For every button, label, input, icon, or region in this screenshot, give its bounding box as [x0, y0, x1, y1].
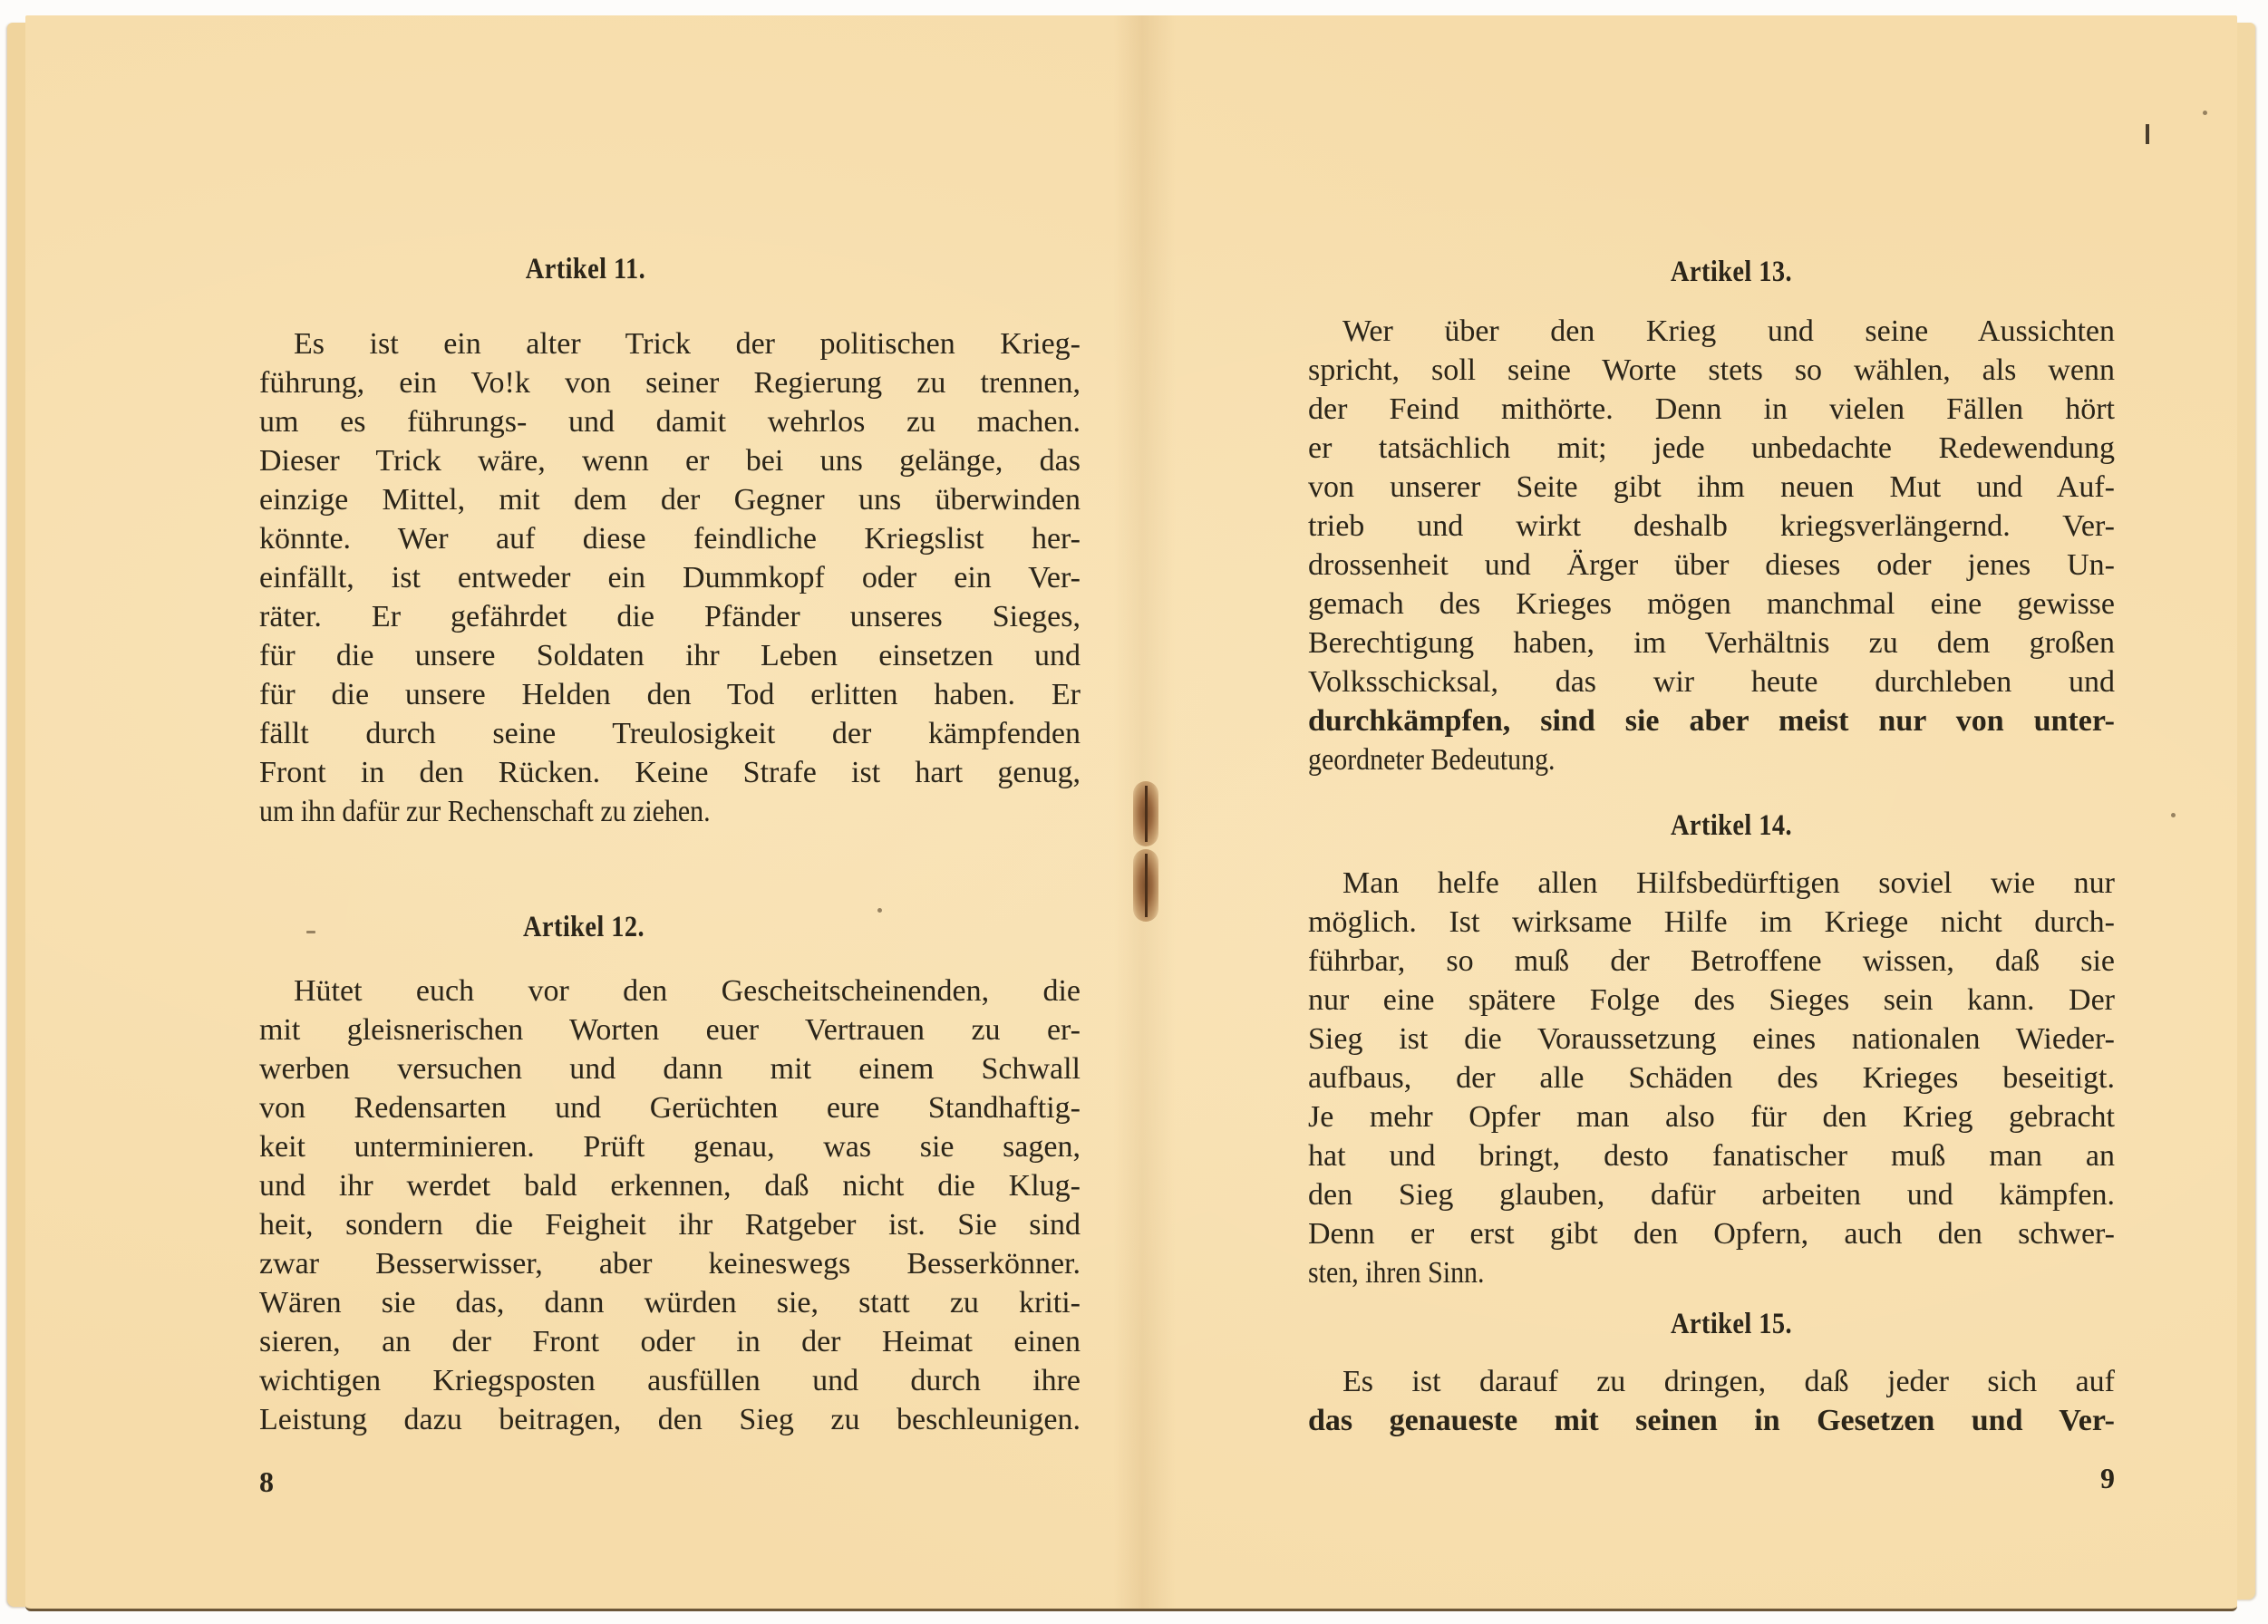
text-line: hat und bringt, desto fanatischer muß ma… — [1308, 1136, 2115, 1175]
text-line: für die unsere Helden den Tod erlitten h… — [259, 675, 1081, 714]
text-line: Sieg ist die Voraussetzung eines nationa… — [1308, 1020, 2115, 1058]
text-line: drossenheit und Ärger über dieses oder j… — [1308, 546, 2115, 585]
text-line: Leistung dazu beitragen, den Sieg zu bes… — [259, 1400, 1081, 1439]
text-line: Es ist ein alter Trick der politischen K… — [259, 324, 1081, 363]
text-line: fällt durch seine Treulosigkeit der kämp… — [259, 714, 1081, 753]
text-line: mit gleisnerischen Worten euer Vertrauen… — [259, 1010, 1081, 1049]
article-11-body: Es ist ein alter Trick der politischen K… — [259, 324, 1081, 831]
text-line: spricht, soll seine Worte stets so wähle… — [1308, 351, 2115, 390]
text-line: um ihn dafür zur Rechenschaft zu ziehen. — [259, 792, 1081, 831]
article-14-body: Man helfe allen Hilfsbedürftigen soviel … — [1308, 864, 2115, 1292]
text-line: sieren, an der Front oder in der Heimat … — [259, 1322, 1081, 1361]
text-line: einzige Mittel, mit dem der Gegner uns ü… — [259, 480, 1081, 519]
article-11-heading: Artikel 11. — [391, 253, 780, 286]
text-line: werben versuchen und dann mit einem Schw… — [259, 1049, 1081, 1088]
text-line: sten, ihren Sinn. — [1308, 1253, 2115, 1292]
text-line: gemach des Krieges mögen manchmal eine g… — [1308, 585, 2115, 623]
text-line: wichtigen Kriegsposten ausfüllen und dur… — [259, 1361, 1081, 1400]
text-line: zwar Besserwisser, aber keineswegs Besse… — [259, 1244, 1081, 1283]
article-13-body: Wer über den Krieg und seine Aussichten … — [1308, 312, 2115, 779]
text-line: Dieser Trick wäre, wenn er bei uns gelän… — [259, 441, 1081, 480]
page-number-right: 9 — [2100, 1462, 2115, 1495]
text-line: den Sieg glauben, dafür arbeiten und käm… — [1308, 1175, 2115, 1214]
text-line: durchkämpfen, sind sie aber meist nur vo… — [1308, 701, 2115, 740]
open-booklet: Artikel 11. Es ist ein alter Trick der p… — [7, 15, 2255, 1610]
ink-speck — [2171, 813, 2176, 817]
text-line: von Redensarten und Gerüchten eure Stand… — [259, 1088, 1081, 1127]
text-line: möglich. Ist wirksame Hilfe im Kriege ni… — [1308, 903, 2115, 942]
text-line: Denn er erst gibt den Opfern, auch den s… — [1308, 1214, 2115, 1253]
text-line: trieb und wirkt deshalb kriegsverlängern… — [1308, 507, 2115, 546]
text-line: Je mehr Opfer man also für den Krieg geb… — [1308, 1097, 2115, 1136]
text-line: führbar, so muß der Betroffene wissen, d… — [1308, 942, 2115, 981]
article-13-heading: Artikel 13. — [1536, 256, 1926, 289]
text-line: Volksschicksal, das wir heute durchleben… — [1308, 662, 2115, 701]
text-line: das genaueste mit seinen in Gesetzen und… — [1308, 1401, 2115, 1440]
text-line: nur eine spätere Folge des Sieges sein k… — [1308, 981, 2115, 1020]
text-line: könnte. Wer auf diese feindliche Kriegsl… — [259, 519, 1081, 558]
article-12-heading: Artikel 12. — [389, 911, 779, 944]
text-line: Hütet euch vor den Gescheitscheinenden, … — [259, 971, 1081, 1010]
article-12-body: Hütet euch vor den Gescheitscheinenden, … — [259, 971, 1081, 1439]
ink-speck — [2203, 111, 2207, 115]
text-line: Es ist darauf zu dringen, daß jeder sich… — [1308, 1362, 2115, 1401]
text-line: er tatsächlich mit; jede unbedachte Rede… — [1308, 429, 2115, 468]
text-line: und ihr werdet bald erkennen, daß nicht … — [259, 1166, 1081, 1205]
text-line: einfällt, ist entweder ein Dummkopf oder… — [259, 558, 1081, 597]
right-page: Artikel 13. Wer über den Krieg und seine… — [1142, 15, 2237, 1609]
text-line: räter. Er gefährdet die Pfänder unseres … — [259, 597, 1081, 636]
text-line: von unserer Seite gibt ihm neuen Mut und… — [1308, 468, 2115, 507]
text-line: Wer über den Krieg und seine Aussichten — [1308, 312, 2115, 351]
text-line: keit unterminieren. Prüft genau, was sie… — [259, 1127, 1081, 1166]
text-line: um es führungs- und damit wehrlos zu mac… — [259, 402, 1081, 441]
text-line: Wären sie das, dann würden sie, statt zu… — [259, 1283, 1081, 1322]
text-line: Front in den Rücken. Keine Strafe ist ha… — [259, 753, 1081, 792]
text-line: aufbaus, der alle Schäden des Krieges be… — [1308, 1058, 2115, 1097]
text-line: Man helfe allen Hilfsbedürftigen soviel … — [1308, 864, 2115, 903]
ink-speck — [877, 908, 882, 913]
article-14-heading: Artikel 14. — [1536, 809, 1926, 843]
text-line: geordneter Bedeutung. — [1308, 740, 2115, 779]
ink-speck — [306, 931, 315, 933]
text-line: Berechtigung haben, im Verhältnis zu dem… — [1308, 623, 2115, 662]
article-15-body: Es ist darauf zu dringen, daß jeder sich… — [1308, 1362, 2115, 1440]
text-line: heit, sondern die Feigheit ihr Ratgeber … — [259, 1205, 1081, 1244]
text-line: der Feind mithörte. Denn in vielen Fälle… — [1308, 390, 2115, 429]
ink-mark — [2146, 124, 2149, 144]
page-spread: Artikel 11. Es ist ein alter Trick der p… — [25, 15, 2237, 1611]
text-line: führung, ein Vo!k von seiner Regierung z… — [259, 363, 1081, 402]
article-15-heading: Artikel 15. — [1536, 1308, 1926, 1341]
page-number-left: 8 — [259, 1465, 274, 1499]
text-line: für die unsere Soldaten ihr Leben einset… — [259, 636, 1081, 675]
left-page: Artikel 11. Es ist ein alter Trick der p… — [25, 15, 1140, 1609]
